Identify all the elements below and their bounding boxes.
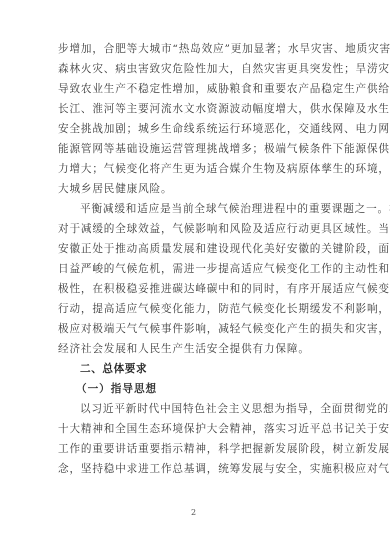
text-line: 力增大；气候变化将产生更为适合媒介生物及病原体孳生的环境，增: [58, 162, 334, 176]
section-heading: 二、总体要求: [80, 362, 334, 376]
text-line: 对于减缓的全球效益，气候影响和风险及适应行动更具区域性。当前，: [58, 222, 334, 236]
text-line: 极应对极端天气气候事件影响，减轻气候变化产生的损失和灾害，为: [58, 322, 334, 336]
text-line: 步增加，合肥等大城市“热岛效应”更加显著；水旱灾害、地质灾害、: [58, 42, 334, 56]
text-line: 十大精神和全国生态环境保护大会精神，落实习近平总书记关于安徽: [58, 422, 334, 436]
subsection-heading: （一）指导思想: [76, 382, 330, 396]
text-line: 极性，在积极稳妥推进碳达峰碳中和的同时，有序开展适应气候变化: [58, 282, 334, 296]
text-line: 导致农业生产不稳定性增加，威胁粮食和重要农产品稳定生产供给；: [58, 82, 334, 96]
text-line: 能源管网等基础设施运营管理挑战增多；极端气候条件下能源保供压: [58, 142, 334, 156]
text-line: 经济社会发展和人民生产生活安全提供有力保障。: [58, 342, 334, 356]
text-line: 平衡减缓和适应是当前全球气候治理进程中的重要课题之一。相: [80, 202, 334, 216]
text-line: 安徽正处于推动高质量发展和建设现代化美好安徽的关键阶段，面对: [58, 242, 334, 256]
text-line: 安全挑战加剧；城乡生命线系统运行环境恶化，交通线网、电力网络、: [58, 122, 334, 136]
document-page: 步增加，合肥等大城市“热岛效应”更加显著；水旱灾害、地质灾害、 森林火灾、病虫害…: [0, 0, 390, 551]
text-line: 长江、淮河等主要河流水文水资源波动幅度增大，供水保障及水生态: [58, 102, 334, 116]
text-line: 日益严峻的气候危机，需进一步提高适应气候变化工作的主动性和积: [58, 262, 334, 276]
text-line: 大城乡居民健康风险。: [58, 182, 334, 196]
text-line: 念，坚持稳中求进工作总基调，统筹发展与安全，实施积极应对气候: [58, 462, 334, 476]
text-line: 森林火灾、病虫害致灾危险性加大，自然灾害更具突发性；旱涝灾害: [58, 62, 334, 76]
page-number: 2: [191, 508, 196, 517]
text-line: 工作的重要讲话重要指示精神，科学把握新发展阶段，树立新发展理: [58, 442, 334, 456]
text-line: 行动，提高适应气候变化能力，防范气候变化长期缓发不利影响，积: [58, 302, 334, 316]
text-line: 以习近平新时代中国特色社会主义思想为指导，全面贯彻党的二: [80, 402, 334, 416]
